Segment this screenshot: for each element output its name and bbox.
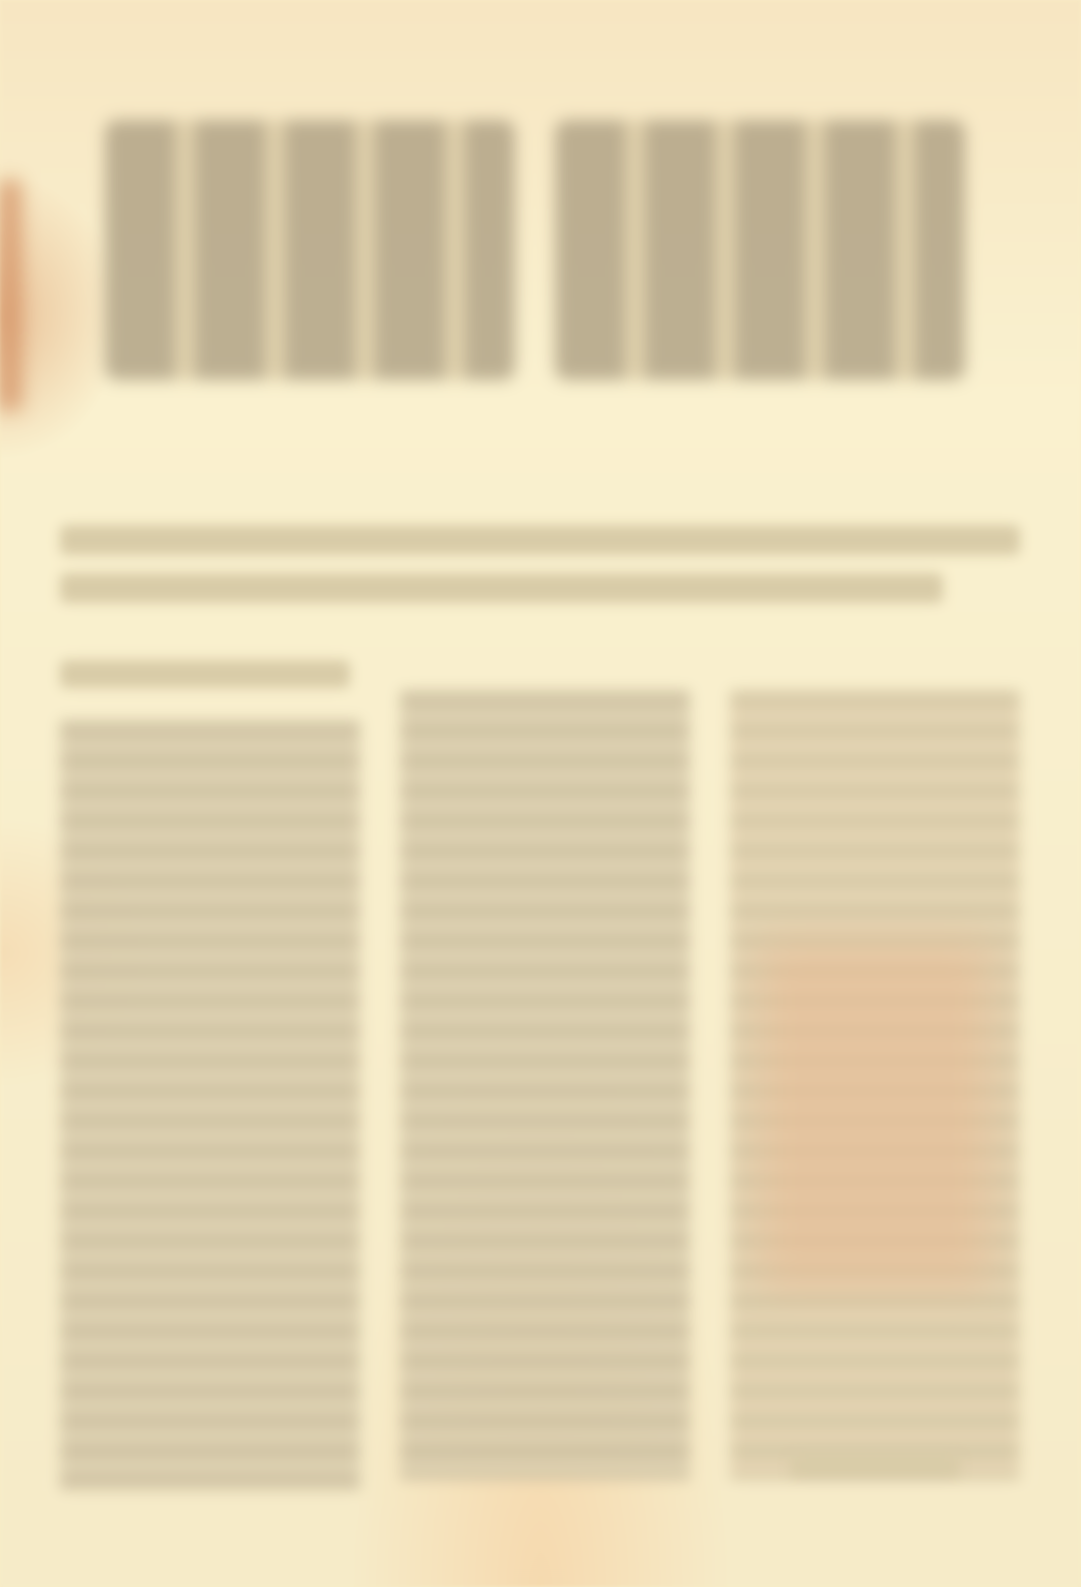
scanned-page <box>0 0 1081 1587</box>
signature <box>790 1455 960 1477</box>
subheading <box>60 525 1020 615</box>
subheading-line-2 <box>60 573 943 603</box>
byline <box>60 660 350 688</box>
display-title <box>105 120 965 380</box>
subheading-line-1 <box>60 525 1020 555</box>
text-column-2 <box>400 690 690 1480</box>
text-column-3 <box>730 690 1020 1480</box>
text-column-1 <box>60 720 360 1490</box>
page-edge-stain <box>0 180 20 410</box>
title-word-2 <box>555 120 965 380</box>
color-stain <box>760 940 990 1290</box>
title-word-1 <box>105 120 515 380</box>
